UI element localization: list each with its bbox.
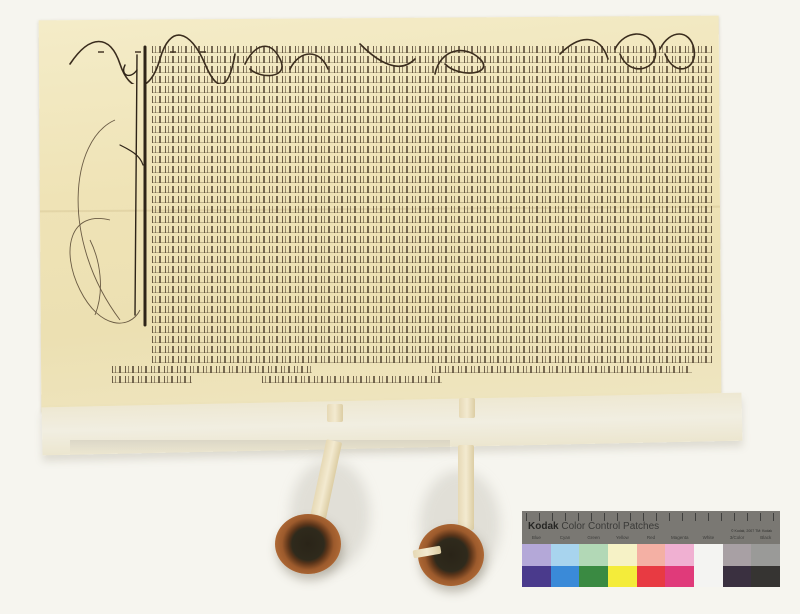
script-line (152, 96, 712, 103)
patch-light (665, 544, 694, 566)
charter-text-block (152, 46, 712, 401)
patch-dark (579, 566, 608, 588)
script-line (152, 156, 712, 163)
script-line (152, 176, 712, 183)
script-line (152, 186, 712, 193)
seal-strap-right (458, 445, 474, 530)
patch-labels: Blue Cyan Green Yellow Red Magenta White… (522, 535, 780, 542)
script-line (152, 326, 712, 333)
patch-dark (637, 566, 666, 588)
script-line (152, 196, 712, 203)
script-line (432, 366, 692, 373)
kodak-color-card: Kodak Color Control Patches © Kodak, 200… (522, 511, 780, 587)
card-title-text: Color Control Patches (559, 521, 660, 532)
patch-label: Black (751, 535, 780, 542)
color-patches (522, 544, 780, 587)
patch-column-cyan (551, 544, 580, 587)
script-line (152, 236, 712, 243)
script-line (152, 116, 712, 123)
script-line (152, 66, 712, 73)
script-line (262, 376, 442, 383)
script-line (152, 126, 712, 133)
patch-label: 3/Color (723, 535, 752, 542)
patch-light (579, 544, 608, 566)
descender-flourish (40, 100, 150, 330)
script-line (152, 226, 712, 233)
script-line (152, 336, 712, 343)
card-copyright: © Kodak, 2007 TM: Kodak (731, 529, 772, 533)
patch-dark (522, 566, 551, 588)
script-line (152, 296, 712, 303)
script-line (152, 146, 712, 153)
patch-label: Cyan (551, 535, 580, 542)
patch-light (751, 544, 780, 566)
kodak-brand: Kodak (528, 521, 559, 532)
patch-light (637, 544, 666, 566)
script-line (112, 366, 312, 373)
patch-light (608, 544, 637, 566)
script-line (152, 246, 712, 253)
script-line (152, 286, 712, 293)
patch-light (551, 544, 580, 566)
patch-dark (665, 566, 694, 588)
patch-label: Magenta (665, 535, 694, 542)
script-line (152, 166, 712, 173)
patch-white (694, 544, 723, 587)
patch-column-black (751, 544, 780, 587)
script-line (152, 76, 712, 83)
script-line (152, 306, 712, 313)
patch-label: White (694, 535, 723, 542)
card-ruler (526, 513, 776, 521)
script-line (152, 136, 712, 143)
script-line (152, 276, 712, 283)
patch-column-magenta (665, 544, 694, 587)
script-line (152, 356, 712, 363)
script-line (152, 206, 712, 213)
card-title: Kodak Color Control Patches (528, 521, 659, 532)
patch-label: Yellow (608, 535, 637, 542)
patch-label: Green (579, 535, 608, 542)
script-line (152, 56, 712, 63)
script-line (152, 256, 712, 263)
patch-column-blue (522, 544, 551, 587)
patch-dark (751, 566, 780, 588)
wax-seal-left (275, 514, 341, 574)
script-line (152, 86, 712, 93)
patch-light (723, 544, 752, 566)
patch-light (522, 544, 551, 566)
patch-column-white (694, 544, 723, 587)
script-line (112, 376, 192, 383)
script-line (152, 106, 712, 113)
strap-loop-right (459, 398, 475, 418)
strap-loop-left (327, 404, 343, 422)
patch-column-yellow (608, 544, 637, 587)
patch-column-3color (723, 544, 752, 587)
patch-column-red (637, 544, 666, 587)
script-line (152, 316, 712, 323)
patch-dark (723, 566, 752, 588)
patch-column-green (579, 544, 608, 587)
script-line (152, 266, 712, 273)
script-line (152, 216, 712, 223)
patch-dark (551, 566, 580, 588)
script-line (152, 46, 712, 53)
script-line (152, 346, 712, 353)
patch-dark (608, 566, 637, 588)
patch-label: Blue (522, 535, 551, 542)
fold-shadow (70, 440, 450, 454)
photo-scene: Kodak Color Control Patches © Kodak, 200… (0, 0, 800, 614)
patch-label: Red (637, 535, 666, 542)
